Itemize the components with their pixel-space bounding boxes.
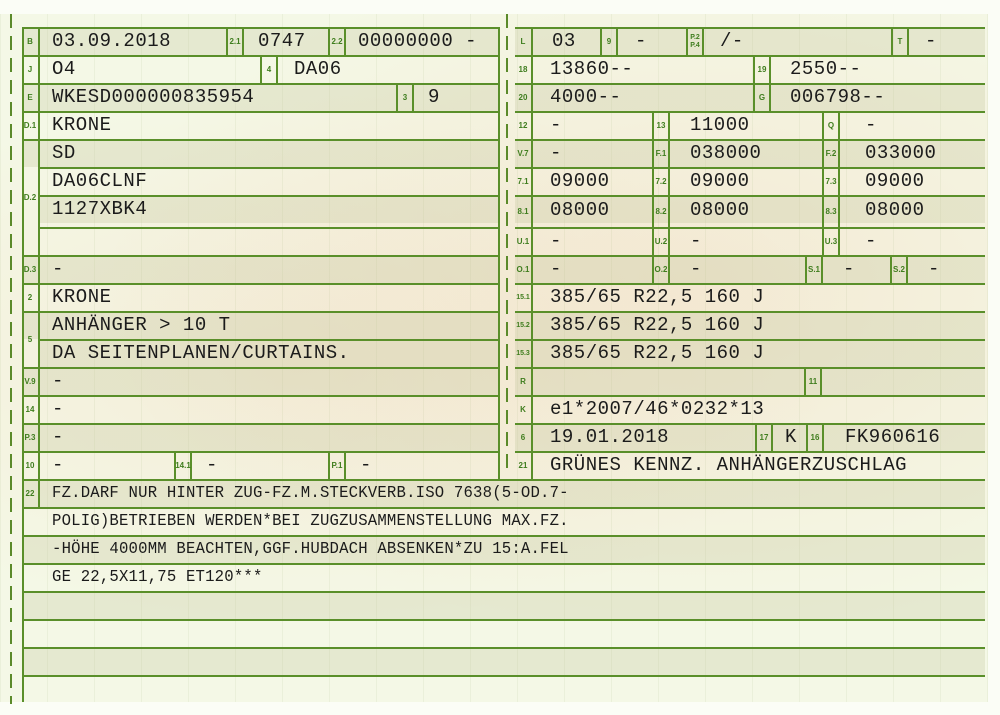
field-K-type-approval-number: e1*2007/46*0232*13	[550, 398, 764, 420]
label-15.2: 15.2	[515, 313, 533, 339]
field-F.1-max-mass-technical: 038000	[690, 142, 761, 164]
left-border	[22, 27, 24, 702]
label-5: 5	[22, 313, 40, 367]
label-14: 14	[22, 397, 40, 423]
label-2: 2	[22, 285, 40, 311]
label-2.2: 2.2	[328, 29, 346, 55]
field-row-22-6	[22, 619, 985, 647]
field-15.1-tyres-axle-1: 385/65 R22,5 160 J	[550, 286, 764, 308]
label-21: 21	[515, 453, 533, 479]
label-E: E	[22, 85, 40, 111]
field-15.3-tyres-axle-3: 385/65 R22,5 160 J	[550, 342, 764, 364]
field-12-tank-volume: -	[550, 114, 562, 136]
field-D.2-type-line-1: SD	[52, 142, 76, 164]
field-20-height: 4000--	[550, 86, 621, 108]
label-18: 18	[515, 57, 533, 83]
field-D.3-trade-name: -	[52, 258, 64, 280]
field-8.1-axle-load-reg-1: 08000	[550, 199, 610, 221]
field-row-O	[515, 255, 985, 283]
label-V.7: V.7	[515, 141, 533, 167]
label-12: 12	[515, 113, 533, 139]
field-row-R	[515, 367, 985, 395]
field-T-max-speed: -	[925, 30, 937, 52]
label-8.1: 8.1	[515, 197, 533, 227]
label-P.1: P.1	[328, 453, 346, 479]
field-S.2-standing: -	[928, 258, 940, 280]
field-U.1-noise-stationary: -	[550, 230, 562, 252]
field-U.3-noise-driving: -	[865, 230, 877, 252]
label-O.1: O.1	[515, 257, 533, 283]
field-22-remark-line-1: FZ.DARF NUR HINTER ZUG-FZ.M.STECKVERB.IS…	[52, 484, 569, 503]
field-Q-power-weight: -	[865, 114, 877, 136]
field-9-driven-axles: -	[635, 30, 647, 52]
label-U.3: U.3	[822, 229, 840, 255]
field-G-empty-mass: 006798--	[790, 86, 885, 108]
field-row-14	[22, 395, 500, 423]
label-16: 16	[806, 425, 824, 451]
label-F.1: F.1	[652, 141, 670, 167]
label-J: J	[22, 57, 40, 83]
label-K: K	[515, 397, 533, 423]
label-Q: Q	[822, 113, 840, 139]
field-2.2-type-code: 00000000 -	[358, 30, 477, 52]
field-P.1-displacement: -	[360, 454, 372, 476]
field-7.3-axle-load-3: 09000	[865, 170, 925, 192]
field-J-vehicle-class: O4	[52, 58, 76, 80]
field-D.2-type-line-2: DA06CLNF	[52, 170, 147, 192]
field-row-10	[22, 451, 500, 479]
field-D.1-make: KRONE	[52, 114, 112, 136]
label-7.3: 7.3	[822, 169, 840, 195]
field-19-width: 2550--	[790, 58, 861, 80]
field-E-vin: WKESD000000835954	[52, 86, 254, 108]
field-U.2-engine-speed: -	[690, 230, 702, 252]
field-14-emission-regulation: -	[52, 398, 64, 420]
label-D.1: D.1	[22, 113, 40, 139]
field-22-remark-line-4: GE 22,5X11,75 ET120***	[52, 568, 263, 587]
field-10-emission-code: -	[52, 454, 64, 476]
label-T: T	[891, 29, 909, 55]
label-P.2-P.4: P.2 P.4	[686, 29, 704, 55]
field-O.1-towable-braked: -	[550, 258, 562, 280]
field-4-body-type: DA06	[294, 58, 342, 80]
field-22-remark-line-3: -HÖHE 4000MM BEACHTEN,GGF.HUBDACH ABSENK…	[52, 540, 569, 559]
label-D.2: D.2	[22, 141, 40, 255]
label-8.2: 8.2	[652, 197, 670, 227]
field-V.7-co2: -	[550, 142, 562, 164]
label-7.1: 7.1	[515, 169, 533, 195]
field-row-P3	[22, 423, 500, 451]
field-14.1-emission-class-code: -	[206, 454, 218, 476]
field-8.3-axle-load-reg-3: 08000	[865, 199, 925, 221]
field-L-axles: 03	[552, 30, 576, 52]
field-2.1-manufacturer-code: 0747	[258, 30, 306, 52]
field-V.9-emission-class: -	[52, 370, 64, 392]
field-F.2-max-mass-registered: 033000	[865, 142, 936, 164]
field-row-U	[515, 227, 985, 255]
label-3: 3	[396, 85, 414, 111]
label-S.1: S.1	[805, 257, 823, 283]
field-S.1-seats: -	[843, 258, 855, 280]
label-8.3: 8.3	[822, 197, 840, 227]
field-row-D2-1	[22, 139, 500, 167]
field-7.1-axle-load-1: 09000	[550, 170, 610, 192]
label-15.3: 15.3	[515, 341, 533, 367]
perforation-edge	[10, 14, 12, 704]
field-22-remark-line-2: POLIG)BETRIEBEN WERDEN*BEI ZUGZUSAMMENST…	[52, 512, 569, 531]
label-S.2: S.2	[890, 257, 908, 283]
field-row-L	[515, 27, 985, 55]
label-22: 22	[22, 481, 40, 507]
field-row-D3	[22, 255, 500, 283]
field-P.3-fuel-type: -	[52, 426, 64, 448]
left-column-border	[498, 27, 500, 479]
field-8.2-axle-load-reg-2: 08000	[690, 199, 750, 221]
label-11: 11	[804, 369, 822, 395]
label-6: 6	[515, 425, 533, 451]
label-4: 4	[260, 57, 278, 83]
label-R: R	[515, 369, 533, 395]
field-5-class-line-1: ANHÄNGER > 10 T	[52, 314, 231, 336]
label-2.1: 2.1	[226, 29, 244, 55]
field-D.2-type-line-3: 1127XBK4	[52, 198, 147, 220]
field-6-type-approval-date: 19.01.2018	[550, 426, 669, 448]
field-row-22-7	[22, 647, 985, 675]
field-2-manufacturer: KRONE	[52, 286, 112, 308]
label-L: L	[515, 29, 533, 55]
label-13: 13	[652, 113, 670, 139]
field-21-remarks: GRÜNES KENNZ. ANHÄNGERZUSCHLAG	[550, 454, 907, 476]
field-16-registration-document-number: FK960616	[845, 426, 940, 448]
row-22-bottom-line	[22, 675, 985, 677]
field-18-length: 13860--	[550, 58, 633, 80]
field-13-support-load: 11000	[690, 114, 750, 136]
label-F.2: F.2	[822, 141, 840, 167]
field-row-D2-4	[38, 227, 500, 255]
label-19: 19	[753, 57, 771, 83]
field-17-approval-type: K	[785, 426, 797, 448]
label-15.1: 15.1	[515, 285, 533, 311]
label-O.2: O.2	[652, 257, 670, 283]
label-7.2: 7.2	[652, 169, 670, 195]
label-P.3: P.3	[22, 425, 40, 451]
label-B: B	[22, 29, 40, 55]
field-row-22-5	[22, 591, 985, 619]
field-15.2-tyres-axle-2: 385/65 R22,5 160 J	[550, 314, 764, 336]
label-V.9: V.9	[22, 369, 40, 395]
field-O.2-towable-unbraked: -	[690, 258, 702, 280]
label-D.3: D.3	[22, 257, 40, 283]
field-B-first-registration: 03.09.2018	[52, 30, 171, 52]
field-P.2-P.4-power-rpm: /-	[720, 30, 744, 52]
label-U.2: U.2	[652, 229, 670, 255]
label-14.1: 14.1	[174, 453, 192, 479]
label-U.1: U.1	[515, 229, 533, 255]
label-9: 9	[600, 29, 618, 55]
label-10: 10	[22, 453, 40, 479]
field-row-V9	[22, 367, 500, 395]
field-3-check-digit: 9	[428, 86, 440, 108]
field-5-class-line-2: DA SEITENPLANEN/CURTAINS.	[52, 342, 350, 364]
center-fold-line	[506, 14, 508, 474]
label-17: 17	[755, 425, 773, 451]
label-20: 20	[515, 85, 533, 111]
field-7.2-axle-load-2: 09000	[690, 170, 750, 192]
field-row-12	[515, 111, 985, 139]
label-G: G	[753, 85, 771, 111]
